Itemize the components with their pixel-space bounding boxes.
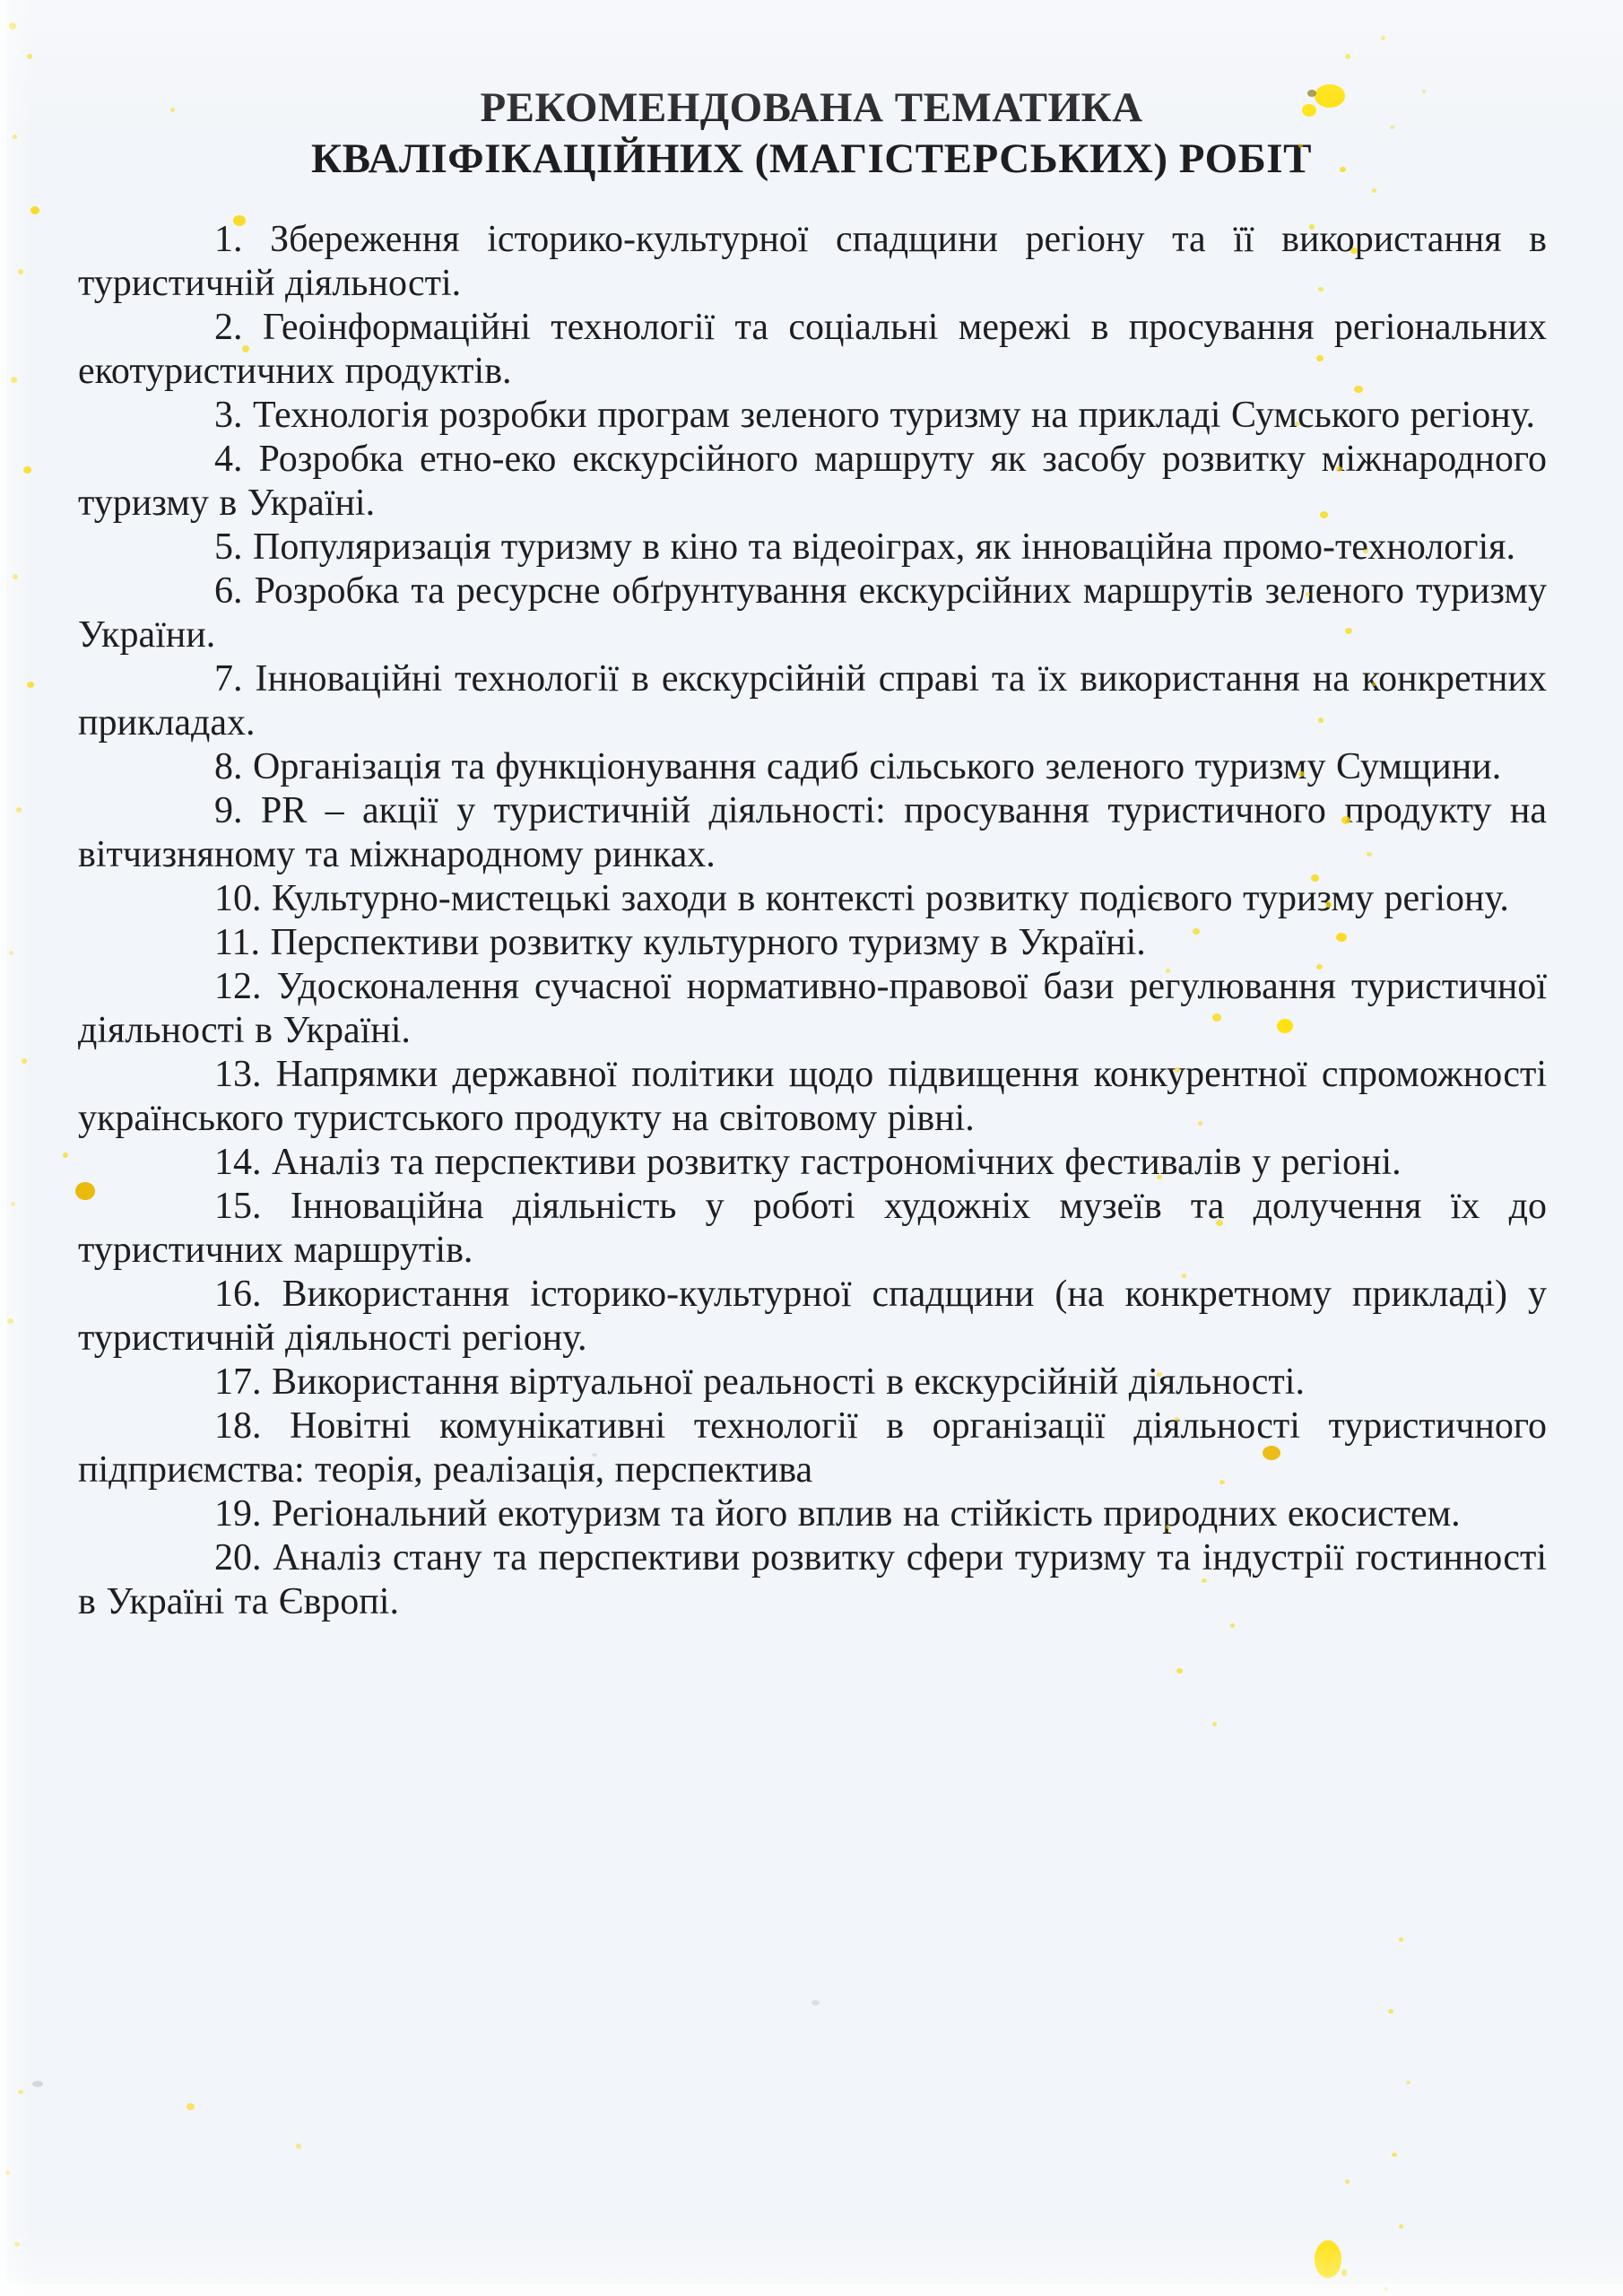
topic-number: 8. bbox=[214, 746, 243, 787]
topic-text: Розробка та ресурсне обґрунтування екску… bbox=[78, 570, 1547, 656]
topic-item: 20. Аналіз стану та перспективи розвитку… bbox=[78, 1536, 1547, 1624]
scan-speckle bbox=[187, 2103, 195, 2110]
topic-item: 12. Удосконалення сучасної нормативно-пр… bbox=[78, 965, 1547, 1053]
scan-speckle bbox=[1345, 54, 1350, 59]
topic-text: Організація та функціонування садиб сіль… bbox=[253, 746, 1501, 787]
topic-text: Інноваційні технології в екскурсійній сп… bbox=[78, 658, 1547, 744]
topic-text: Збереження історико-культурної спадщини … bbox=[78, 219, 1547, 304]
scan-speckle bbox=[14, 2242, 20, 2247]
scan-speckle bbox=[1315, 2240, 1341, 2278]
scan-speckle bbox=[1212, 1722, 1217, 1726]
scan-speckle bbox=[23, 466, 31, 474]
scan-speckle bbox=[9, 951, 13, 955]
topic-item: 5. Популяризація туризму в кіно та відео… bbox=[78, 526, 1547, 570]
topic-item: 4. Розробка етно-еко екскурсійного маршр… bbox=[78, 438, 1547, 526]
topic-number: 5. bbox=[214, 526, 243, 568]
scan-speckle bbox=[1392, 2152, 1397, 2157]
topic-item: 1. Збереження історико-культурної спадщи… bbox=[78, 218, 1547, 306]
scan-speckle bbox=[1381, 36, 1385, 40]
topic-item: 2. Геоінформаційні технології та соціаль… bbox=[78, 306, 1547, 394]
topic-item: 3. Технологія розробки програм зеленого … bbox=[78, 394, 1547, 438]
topic-number: 1. bbox=[214, 219, 243, 260]
topic-item: 17. Використання віртуальної реальності … bbox=[78, 1361, 1547, 1405]
scan-speckle bbox=[18, 269, 23, 274]
topic-text: Регіональний екотуризм та його вплив на … bbox=[272, 1493, 1461, 1535]
scan-speckle bbox=[1406, 2081, 1410, 2084]
scan-speckle bbox=[1345, 2179, 1350, 2184]
document-title-line1: РЕКОМЕНДОВАНА ТЕМАТИКА bbox=[480, 84, 1142, 131]
topic-text: Напрямки державної політики щодо підвище… bbox=[78, 1054, 1547, 1139]
scan-speckle bbox=[16, 807, 22, 813]
topic-text: Розробка етно-еко екскурсійного маршруту… bbox=[78, 439, 1547, 524]
topic-number: 10. bbox=[214, 878, 262, 919]
topic-item: 11. Перспективи розвитку культурного тур… bbox=[78, 921, 1547, 965]
scan-speckle bbox=[11, 1202, 15, 1206]
topic-number: 16. bbox=[214, 1274, 262, 1315]
topic-list: 1. Збереження історико-культурної спадщи… bbox=[78, 218, 1547, 1624]
topic-text: Використання історико-культурної спадщин… bbox=[78, 1274, 1547, 1359]
scan-speckle bbox=[13, 574, 18, 579]
topic-item: 7. Інноваційні технології в екскурсійній… bbox=[78, 657, 1547, 745]
scan-speckle bbox=[27, 54, 32, 59]
topic-number: 19. bbox=[214, 1493, 262, 1535]
topic-number: 13. bbox=[214, 1054, 262, 1095]
topic-number: 17. bbox=[214, 1361, 262, 1403]
topic-item: 15. Інноваційна діяльність у роботі худо… bbox=[78, 1185, 1547, 1273]
topic-text: Перспективи розвитку культурного туризму… bbox=[270, 922, 1145, 963]
topic-number: 7. bbox=[214, 658, 243, 700]
scan-edge-bottom bbox=[0, 2283, 1623, 2296]
topic-text: Культурно-мистецькі заходи в контексті р… bbox=[272, 878, 1509, 919]
scan-speckle bbox=[7, 1318, 13, 1324]
topic-text: Технологія розробки програм зеленого тур… bbox=[253, 395, 1535, 436]
scan-speckle bbox=[1176, 1668, 1183, 1674]
topic-text: Удосконалення сучасної нормативно-правов… bbox=[78, 966, 1547, 1051]
topic-number: 9. bbox=[214, 790, 243, 831]
topic-text: Інноваційна діяльність у роботі художніх… bbox=[78, 1186, 1547, 1271]
topic-number: 14. bbox=[214, 1142, 262, 1183]
scan-smudge bbox=[811, 2000, 820, 2005]
scan-speckle bbox=[63, 1152, 68, 1158]
scan-speckle bbox=[1341, 2269, 1347, 2276]
topic-item: 14. Аналіз та перспективи розвитку гастр… bbox=[78, 1141, 1547, 1185]
scan-speckle bbox=[27, 682, 34, 688]
topic-item: 10. Культурно-мистецькі заходи в контекс… bbox=[78, 877, 1547, 921]
document-title-line2: КВАЛІФІКАЦІЙНИХ (МАГІСТЕРСЬКИХ) РОБІТ bbox=[311, 135, 1312, 182]
scan-speckle bbox=[18, 2090, 23, 2094]
scanned-document-page: РЕКОМЕНДОВАНА ТЕМАТИКА КВАЛІФІКАЦІЙНИХ (… bbox=[0, 0, 1623, 2296]
scan-speckle bbox=[1399, 1937, 1403, 1942]
scan-speckle bbox=[1399, 2224, 1403, 2229]
topic-number: 18. bbox=[214, 1405, 262, 1447]
scan-speckle bbox=[11, 377, 17, 383]
scan-edge-left bbox=[0, 0, 6, 2296]
topic-item: 8. Організація та функціонування садиб с… bbox=[78, 745, 1547, 789]
topic-item: 9. PR – акції у туристичній діяльності: … bbox=[78, 789, 1547, 877]
topic-text: Аналіз стану та перспективи розвитку сфе… bbox=[78, 1537, 1547, 1622]
scan-smudge bbox=[32, 2081, 43, 2087]
topic-number: 4. bbox=[214, 439, 243, 480]
topic-item: 18. Новітні комунікативні технології в о… bbox=[78, 1405, 1547, 1492]
topic-item: 13. Напрямки державної політики щодо під… bbox=[78, 1053, 1547, 1141]
scan-speckle bbox=[1372, 188, 1376, 193]
scan-speckle bbox=[30, 206, 39, 214]
topic-number: 15. bbox=[214, 1186, 262, 1227]
scan-speckle bbox=[22, 1058, 27, 1064]
topic-text: Геоінформаційні технології та соціальні … bbox=[78, 307, 1547, 392]
topic-text: Аналіз та перспективи розвитку гастроном… bbox=[272, 1142, 1402, 1183]
topic-text: Популяризація туризму в кіно та відеоігр… bbox=[253, 526, 1515, 568]
topic-number: 11. bbox=[214, 922, 260, 963]
topic-text: Використання віртуальної реальності в ек… bbox=[272, 1361, 1305, 1403]
topic-item: 19. Регіональний екотуризм та його вплив… bbox=[78, 1492, 1547, 1536]
topic-number: 3. bbox=[214, 395, 243, 436]
topic-text: Новітні комунікативні технології в орган… bbox=[78, 1405, 1547, 1491]
scan-speckle bbox=[1388, 2009, 1393, 2013]
scan-speckle bbox=[296, 2144, 301, 2149]
topic-number: 2. bbox=[214, 307, 243, 348]
document-title: РЕКОМЕНДОВАНА ТЕМАТИКА КВАЛІФІКАЦІЙНИХ (… bbox=[0, 83, 1623, 185]
topic-item: 6. Розробка та ресурсне обґрунтування ек… bbox=[78, 570, 1547, 657]
topic-item: 16. Використання історико-культурної спа… bbox=[78, 1273, 1547, 1361]
topic-number: 6. bbox=[214, 570, 243, 612]
topic-text: PR – акції у туристичній діяльності: про… bbox=[78, 790, 1547, 875]
topic-number: 20. bbox=[214, 1537, 262, 1578]
scan-speckle bbox=[9, 22, 16, 30]
topic-number: 12. bbox=[214, 966, 262, 1007]
